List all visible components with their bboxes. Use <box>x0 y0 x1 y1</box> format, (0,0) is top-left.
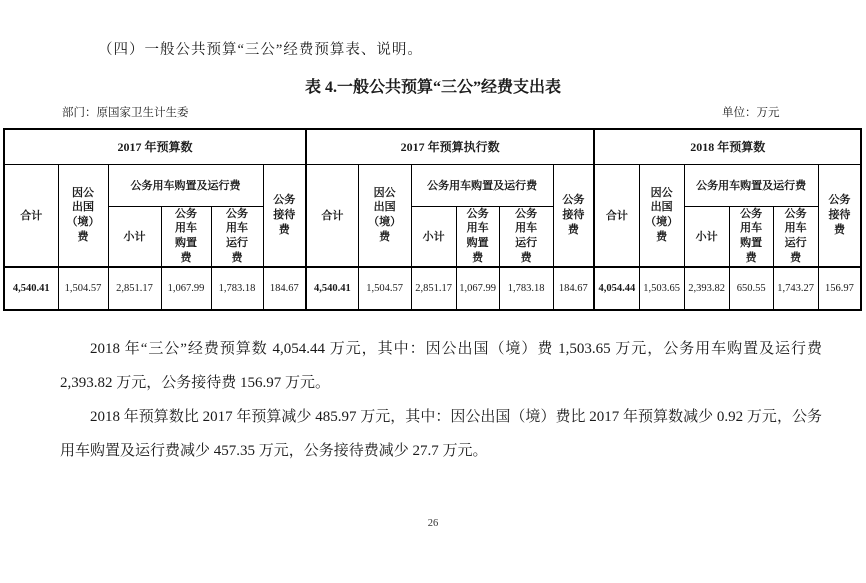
header-vehicle-group-g1: 公务用车购置及运行费 <box>108 164 263 206</box>
paragraph-2018-vs-2017-comparison: 2018 年预算数比 2017 年预算减少 485.97 万元，其中：因公出国（… <box>60 400 822 468</box>
cell-2017-budget-abroad: 1,504.57 <box>58 267 108 310</box>
cell-2017-budget-total: 4,540.41 <box>4 267 58 310</box>
header-total-g3: 合计 <box>594 164 639 267</box>
cell-2018-budget-operation: 1,743.27 <box>773 267 818 310</box>
header-operation-g2: 公务 用车 运行 费 <box>499 206 553 267</box>
cell-2017-execution-abroad: 1,504.57 <box>358 267 411 310</box>
header-subtotal-g3: 小计 <box>684 206 729 267</box>
cell-2018-budget-abroad: 1,503.65 <box>639 267 684 310</box>
header-operation-g1: 公务 用车 运行 费 <box>211 206 263 267</box>
cell-2018-budget-purchase: 650.55 <box>729 267 773 310</box>
table-year-header-row: 2017 年预算数 2017 年预算执行数 2018 年预算数 <box>4 129 861 164</box>
page-number: 26 <box>0 518 866 529</box>
header-purchase-g1: 公务 用车 购置 费 <box>161 206 211 267</box>
year-header-2017-budget: 2017 年预算数 <box>4 129 306 164</box>
cell-2017-execution-total: 4,540.41 <box>306 267 358 310</box>
header-vehicle-group-g2: 公务用车购置及运行费 <box>411 164 553 206</box>
cell-2017-execution-subtotal: 2,851.17 <box>411 267 456 310</box>
cell-2017-execution-purchase: 1,067.99 <box>456 267 499 310</box>
section-heading: （四）一般公共预算“三公”经费预算表、说明。 <box>98 38 423 59</box>
year-header-2017-execution: 2017 年预算执行数 <box>306 129 594 164</box>
header-reception-g1: 公务 接待 费 <box>263 164 306 267</box>
table-title: 表 4.一般公共预算“三公”经费支出表 <box>0 74 866 97</box>
cell-2017-budget-subtotal: 2,851.17 <box>108 267 161 310</box>
cell-2017-execution-operation: 1,783.18 <box>499 267 553 310</box>
header-abroad-g2: 因公 出国 （境） 费 <box>358 164 411 267</box>
unit-label: 单位：万元 <box>722 104 780 120</box>
header-subtotal-g1: 小计 <box>108 206 161 267</box>
header-total-g2: 合计 <box>306 164 358 267</box>
document-page: （四）一般公共预算“三公”经费预算表、说明。 表 4.一般公共预算“三公”经费支… <box>0 0 866 583</box>
header-reception-g3: 公务 接待 费 <box>818 164 861 267</box>
cell-2017-execution-reception: 184.67 <box>553 267 594 310</box>
header-purchase-g2: 公务 用车 购置 费 <box>456 206 499 267</box>
header-abroad-g1: 因公 出国 （境） 费 <box>58 164 108 267</box>
header-subtotal-g2: 小计 <box>411 206 456 267</box>
cell-2017-budget-operation: 1,783.18 <box>211 267 263 310</box>
header-abroad-g3: 因公 出国 （境） 费 <box>639 164 684 267</box>
table-data-row: 4,540.41 1,504.57 2,851.17 1,067.99 1,78… <box>4 267 861 310</box>
cell-2017-budget-reception: 184.67 <box>263 267 306 310</box>
year-header-2018-budget: 2018 年预算数 <box>594 129 861 164</box>
paragraph-2018-budget-summary: 2018 年“三公”经费预算数 4,054.44 万元，其中：因公出国（境）费 … <box>60 332 822 400</box>
table-column-header-row: 合计 因公 出国 （境） 费 公务用车购置及运行费 公务 接待 费 合计 因公 … <box>4 164 861 206</box>
cell-2017-budget-purchase: 1,067.99 <box>161 267 211 310</box>
header-operation-g3: 公务 用车 运行 费 <box>773 206 818 267</box>
header-purchase-g3: 公务 用车 购置 费 <box>729 206 773 267</box>
department-label: 部门：原国家卫生计生委 <box>62 104 189 120</box>
explanatory-text: 2018 年“三公”经费预算数 4,054.44 万元，其中：因公出国（境）费 … <box>60 332 822 468</box>
header-total-g1: 合计 <box>4 164 58 267</box>
cell-2018-budget-reception: 156.97 <box>818 267 861 310</box>
header-reception-g2: 公务 接待 费 <box>553 164 594 267</box>
table-subcolumn-header-row: 小计 公务 用车 购置 费 公务 用车 运行 费 小计 公务 用车 购置 费 公… <box>4 206 861 267</box>
header-vehicle-group-g3: 公务用车购置及运行费 <box>684 164 818 206</box>
sangong-expense-table-wrap: 2017 年预算数 2017 年预算执行数 2018 年预算数 合计 因公 出国… <box>3 128 862 311</box>
sangong-expense-table: 2017 年预算数 2017 年预算执行数 2018 年预算数 合计 因公 出国… <box>3 128 862 311</box>
cell-2018-budget-subtotal: 2,393.82 <box>684 267 729 310</box>
cell-2018-budget-total: 4,054.44 <box>594 267 639 310</box>
